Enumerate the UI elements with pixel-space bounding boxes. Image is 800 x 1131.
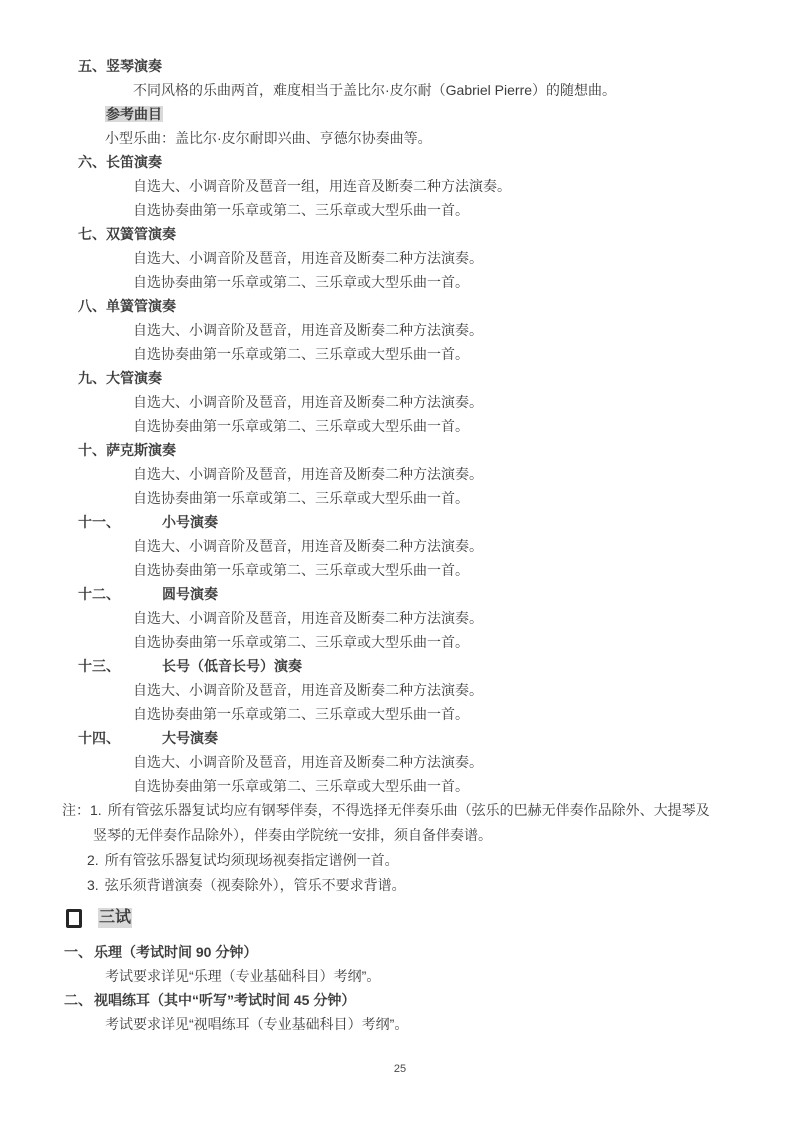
exam-item-heading: 一、乐理（考试时间 90 分钟）	[64, 940, 750, 964]
section-number: 十三、	[78, 654, 162, 678]
section-number: 十二、	[78, 582, 162, 606]
section-title: 萨克斯演奏	[106, 442, 176, 458]
section-body-line: 自选协奏曲第一乐章或第二、三乐章或大型乐曲一首。	[133, 342, 750, 366]
exam-item-title: 乐理（考试时间 90 分钟）	[94, 944, 257, 960]
section-title: 小号演奏	[162, 514, 218, 530]
third-exam-item-ear-training: 二、视唱练耳（其中“听写”考试时间 45 分钟） 考试要求详见“视唱练耳（专业基…	[62, 988, 750, 1036]
section-number: 八、	[78, 298, 106, 314]
section-body-line: 自选协奏曲第一乐章或第二、三乐章或大型乐曲一首。	[133, 198, 750, 222]
exam-item-body: 考试要求详见“视唱练耳（专业基础科目）考纲”。	[105, 1012, 750, 1036]
note-item-1: 注：1.所有管弦乐器复试均应有钢琴伴奏，不得选择无伴奏乐曲（弦乐的巴赫无伴奏作品…	[62, 798, 750, 823]
section-number: 六、	[78, 154, 106, 170]
section-body-line: 自选大、小调音阶及琶音，用连音及断奏二种方法演奏。	[133, 678, 750, 702]
notes-block: 注：1.所有管弦乐器复试均应有钢琴伴奏，不得选择无伴奏乐曲（弦乐的巴赫无伴奏作品…	[62, 798, 750, 898]
section-heading: 八、单簧管演奏	[78, 294, 750, 318]
section-body-line: 自选协奏曲第一乐章或第二、三乐章或大型乐曲一首。	[133, 558, 750, 582]
note-text: 所有管弦乐器复试均应有钢琴伴奏，不得选择无伴奏乐曲（弦乐的巴赫无伴奏作品除外、大…	[108, 802, 710, 818]
section-body-line: 自选大、小调音阶及琶音一组，用连音及断奏二种方法演奏。	[133, 174, 750, 198]
section-13-trombone: 十三、长号（低音长号）演奏 自选大、小调音阶及琶音，用连音及断奏二种方法演奏。 …	[62, 654, 750, 726]
section-heading: 六、长笛演奏	[78, 150, 750, 174]
square-bullet-icon	[66, 909, 82, 928]
note-item-2: 2.所有管弦乐器复试均须现场视奏指定谱例一首。	[87, 848, 750, 873]
section-body-line: 自选协奏曲第一乐章或第二、三乐章或大型乐曲一首。	[133, 630, 750, 654]
section-body-line: 不同风格的乐曲两首，难度相当于盖比尔·皮尔耐（Gabriel Pierre）的随…	[133, 78, 750, 102]
third-exam-title: 三试	[98, 908, 132, 928]
note-item-3: 3.弦乐须背谱演奏（视奏除外），管乐不要求背谱。	[87, 873, 750, 898]
section-11-trumpet: 十一、小号演奏 自选大、小调音阶及琶音，用连音及断奏二种方法演奏。 自选协奏曲第…	[62, 510, 750, 582]
section-body-line: 自选协奏曲第一乐章或第二、三乐章或大型乐曲一首。	[133, 414, 750, 438]
note-text: 弦乐须背谱演奏（视奏除外），管乐不要求背谱。	[105, 877, 406, 893]
section-heading: 五、竖琴演奏	[78, 54, 750, 78]
note-label: 注：	[62, 802, 90, 818]
exam-item-heading: 二、视唱练耳（其中“听写”考试时间 45 分钟）	[64, 988, 750, 1012]
exam-item-number: 一、	[64, 944, 92, 960]
section-7-oboe: 七、双簧管演奏 自选大、小调音阶及琶音，用连音及断奏二种方法演奏。 自选协奏曲第…	[62, 222, 750, 294]
section-title: 长笛演奏	[106, 154, 162, 170]
section-body-line: 自选大、小调音阶及琶音，用连音及断奏二种方法演奏。	[133, 390, 750, 414]
section-heading: 十三、长号（低音长号）演奏	[78, 654, 750, 678]
section-title: 单簧管演奏	[106, 298, 176, 314]
section-body-line: 自选大、小调音阶及琶音，用连音及断奏二种方法演奏。	[133, 750, 750, 774]
section-title: 竖琴演奏	[106, 58, 162, 74]
section-body-line: 自选协奏曲第一乐章或第二、三乐章或大型乐曲一首。	[133, 702, 750, 726]
section-6-flute: 六、长笛演奏 自选大、小调音阶及琶音一组，用连音及断奏二种方法演奏。 自选协奏曲…	[62, 150, 750, 222]
section-heading: 十四、大号演奏	[78, 726, 750, 750]
section-title: 大号演奏	[162, 730, 218, 746]
note-number: 3.	[87, 877, 99, 893]
section-number: 七、	[78, 226, 106, 242]
section-12-horn: 十二、圆号演奏 自选大、小调音阶及琶音，用连音及断奏二种方法演奏。 自选协奏曲第…	[62, 582, 750, 654]
document-content: 五、竖琴演奏 不同风格的乐曲两首，难度相当于盖比尔·皮尔耐（Gabriel Pi…	[62, 54, 750, 1036]
third-exam-heading: 三试	[62, 905, 750, 931]
exam-item-body: 考试要求详见“乐理（专业基础科目）考纲”。	[105, 964, 750, 988]
section-9-bassoon: 九、大管演奏 自选大、小调音阶及琶音，用连音及断奏二种方法演奏。 自选协奏曲第一…	[62, 366, 750, 438]
section-8-clarinet: 八、单簧管演奏 自选大、小调音阶及琶音，用连音及断奏二种方法演奏。 自选协奏曲第…	[62, 294, 750, 366]
note-number: 1.	[90, 802, 102, 818]
section-title: 双簧管演奏	[106, 226, 176, 242]
exam-item-number: 二、	[64, 992, 92, 1008]
section-body-line: 自选协奏曲第一乐章或第二、三乐章或大型乐曲一首。	[133, 486, 750, 510]
section-heading: 十一、小号演奏	[78, 510, 750, 534]
section-number: 十一、	[78, 510, 162, 534]
section-number: 十四、	[78, 726, 162, 750]
section-title: 长号（低音长号）演奏	[162, 658, 302, 674]
note-number: 2.	[87, 852, 99, 868]
note-item-1-continuation: 竖琴的无伴奏作品除外），伴奏由学院统一安排，须自备伴奏谱。	[93, 823, 750, 848]
document-page: 五、竖琴演奏 不同风格的乐曲两首，难度相当于盖比尔·皮尔耐（Gabriel Pi…	[0, 0, 800, 1131]
third-exam-item-music-theory: 一、乐理（考试时间 90 分钟） 考试要求详见“乐理（专业基础科目）考纲”。	[62, 940, 750, 988]
section-body-line: 自选大、小调音阶及琶音，用连音及断奏二种方法演奏。	[133, 246, 750, 270]
section-body-line: 自选协奏曲第一乐章或第二、三乐章或大型乐曲一首。	[133, 774, 750, 798]
reference-repertoire-heading: 参考曲目	[105, 102, 750, 126]
exam-item-title: 视唱练耳（其中“听写”考试时间 45 分钟）	[94, 992, 355, 1008]
page-number: 25	[0, 1063, 800, 1075]
section-body-line: 自选协奏曲第一乐章或第二、三乐章或大型乐曲一首。	[133, 270, 750, 294]
section-number: 九、	[78, 370, 106, 386]
section-5-harp: 五、竖琴演奏 不同风格的乐曲两首，难度相当于盖比尔·皮尔耐（Gabriel Pi…	[62, 54, 750, 150]
note-text: 所有管弦乐器复试均须现场视奏指定谱例一首。	[105, 852, 399, 868]
reference-repertoire-line: 小型乐曲：盖比尔·皮尔耐即兴曲、亨德尔协奏曲等。	[105, 126, 750, 150]
section-heading: 七、双簧管演奏	[78, 222, 750, 246]
section-14-tuba: 十四、大号演奏 自选大、小调音阶及琶音，用连音及断奏二种方法演奏。 自选协奏曲第…	[62, 726, 750, 798]
section-number: 十、	[78, 442, 106, 458]
section-body-line: 自选大、小调音阶及琶音，用连音及断奏二种方法演奏。	[133, 606, 750, 630]
section-heading: 九、大管演奏	[78, 366, 750, 390]
section-title: 大管演奏	[106, 370, 162, 386]
section-heading: 十二、圆号演奏	[78, 582, 750, 606]
section-title: 圆号演奏	[162, 586, 218, 602]
section-body-line: 自选大、小调音阶及琶音，用连音及断奏二种方法演奏。	[133, 462, 750, 486]
section-10-saxophone: 十、萨克斯演奏 自选大、小调音阶及琶音，用连音及断奏二种方法演奏。 自选协奏曲第…	[62, 438, 750, 510]
section-body-line: 自选大、小调音阶及琶音，用连音及断奏二种方法演奏。	[133, 318, 750, 342]
section-heading: 十、萨克斯演奏	[78, 438, 750, 462]
section-body-line: 自选大、小调音阶及琶音，用连音及断奏二种方法演奏。	[133, 534, 750, 558]
section-number: 五、	[78, 58, 106, 74]
